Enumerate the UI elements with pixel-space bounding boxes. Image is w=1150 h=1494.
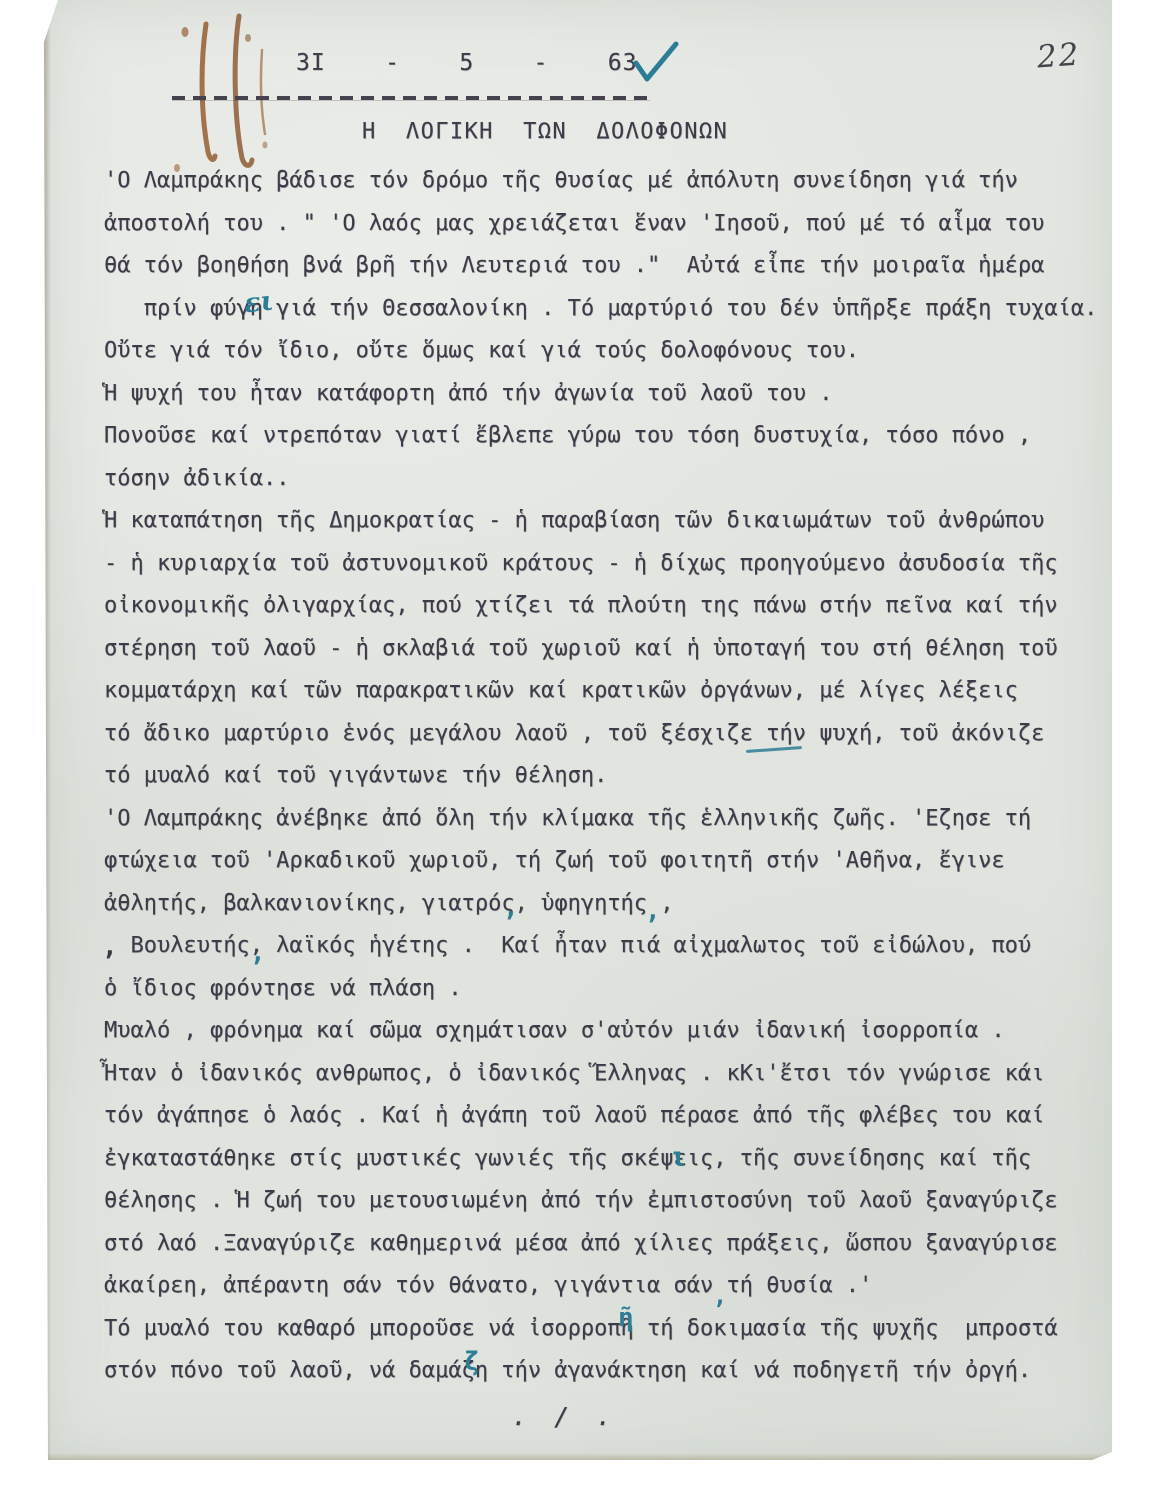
text-line: 'Ο Λαμπράκης ἀνέβηκε ἀπό ὅλη τήν κλίμακα… [104, 798, 1094, 841]
document-title: Η ΛΟΓΙΚΗ ΤΩΝ ΔΟΛΟΦΟΝΩΝ [362, 119, 728, 144]
text-line: στόν πόνο τοῦ λαοῦ, νά δαμάζη τήν ἀγανάκ… [104, 1350, 1094, 1393]
date-underline [172, 96, 650, 100]
handwritten-comma: , [503, 893, 519, 923]
text-line: Ἦταν ὁ ἰδανικός ανθρωπος, ὁ ἰδανικός Ἕλλ… [104, 1053, 1094, 1096]
text-line: τό ἄδικο μαρτύριο ἑνός μεγάλου λαοῦ , το… [104, 713, 1094, 756]
text-line: τό μυαλό καί τοῦ γιγάντωνε τήν θέληση. [104, 755, 1094, 798]
text-line: Ἡ καταπάτηση τῆς Δημοκρατίας - ἡ παραβία… [104, 500, 1094, 543]
handwritten-correction: ι [670, 1142, 686, 1173]
handwritten-comma: , [645, 896, 661, 926]
text-line: ὁ ἴδιος φρόντησε νά πλάση . [104, 968, 1094, 1011]
handwritten-correction: ῆ [618, 1303, 634, 1333]
text-line: τόν ἀγάπησε ὁ λαός . Καί ἡ ἀγάπη τοῦ λαο… [104, 1095, 1094, 1138]
text-line: θέλησης . Ἡ ζωή του μετουσιωμένη ἀπό τήν… [104, 1180, 1094, 1223]
end-of-page-mark: . / . [512, 1402, 617, 1431]
text-line: Μυαλό , φρόνημα καί σῶμα σχημάτισαν σ'αὐ… [104, 1010, 1094, 1053]
text-line: τόσην ἀδικία.. [104, 458, 1094, 501]
text-line: ἐγκαταστάθηκε στίς μυστικές γωνιές τῆς σ… [104, 1138, 1094, 1181]
text-line: φτώχεια τοῦ 'Αρκαδικοῦ χωριοῦ, τή ζωή το… [104, 840, 1094, 883]
text-line: 'Ο Λαμπράκης βάδισε τόν δρόμο τῆς θυσίας… [104, 160, 1094, 203]
handwritten-correction: ει [242, 286, 275, 320]
text-line: Ἡ ψυχή του ἦταν κατάφορτη ἀπό τήν ἀγωνία… [104, 373, 1094, 416]
text-line: Τό μυαλό του καθαρό μποροῦσε νά ἰσορροπῆ… [104, 1308, 1094, 1351]
text-line: κομματάρχη καί τῶν παρακρατικῶν καί κρατ… [104, 670, 1094, 713]
stray-typed-mark: , [102, 932, 118, 962]
text-line: στέρηση τοῦ λαοῦ - ἡ σκλαβιά τοῦ χωριοῦ … [104, 628, 1094, 671]
checkmark-icon [630, 40, 682, 88]
document-body: 'Ο Λαμπράκης βάδισε τόν δρόμο τῆς θυσίας… [104, 160, 1094, 1393]
handwritten-comma: , [250, 938, 266, 968]
text-line: ἀποστολή του . " 'Ο λαός μας χρειάζεται … [104, 203, 1094, 246]
rust-stain [144, 10, 294, 180]
text-line: στό λαό .Ξαναγύριζε καθημερινά μέσα ἀπό … [104, 1223, 1094, 1266]
text-line: ἀθλητής, βαλκανιονίκης, γιατρός, ὑφηγητή… [104, 883, 1094, 926]
date-heading: 3Ι - 5 - 63 [296, 50, 638, 76]
text-line: - ἡ κυριαρχία τοῦ ἀστυνομικοῦ κράτους - … [104, 543, 1094, 586]
scanned-document: 3Ι - 5 - 63 22 Η ΛΟΓΙΚΗ ΤΩΝ ΔΟΛΟΦΟΝΩΝ 'Ο… [0, 0, 1150, 1494]
document-page: 3Ι - 5 - 63 22 Η ΛΟΓΙΚΗ ΤΩΝ ΔΟΛΟΦΟΝΩΝ 'Ο… [44, 0, 1112, 1460]
handwritten-correction: ζ [464, 1347, 480, 1377]
text-line: οἰκονομικῆς ὀλιγαρχίας, πού χτίζει τά πλ… [104, 585, 1094, 628]
text-line: Πονοῦσε καί ντρεπόταν γιατί ἔβλεπε γύρω … [104, 415, 1094, 458]
page-number: 22 [1036, 37, 1082, 76]
text-line: Οὔτε γιά τόν ἴδιο, οὔτε ὅμως καί γιά τού… [104, 330, 1094, 373]
text-line: θά τόν βοηθήση βνά βρῆ τήν Λευτεριά του … [104, 245, 1094, 288]
handwritten-correction: ’ [712, 1296, 726, 1324]
text-line: ἀκαίρεη, ἀπέραντη σάν τόν θάνατο, γιγάντ… [104, 1265, 1094, 1308]
